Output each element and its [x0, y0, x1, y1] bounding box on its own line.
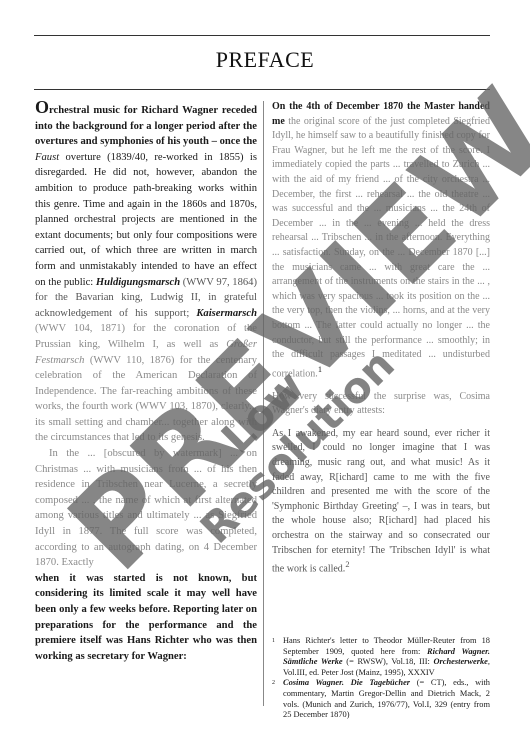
right-column: On the 4th of December 1870 the Master h…: [272, 100, 490, 577]
drop-cap: O: [35, 97, 49, 117]
paragraph-2: In the ... [obscured by watermark] ... o…: [35, 446, 257, 571]
paragraph-3: when it was started is not known, but co…: [35, 571, 257, 665]
footnote-2: 2 Cosima Wagner. Die Tagebücher (= CT), …: [272, 678, 490, 720]
top-rule: [34, 35, 490, 36]
paragraph-1: Orchestral music for Richard Wagner rece…: [35, 100, 257, 446]
quote-cosima: As I awakened, my ear heard sound, ever …: [272, 427, 490, 577]
footnotes: 1 Hans Richter's letter to Theodor Mülle…: [272, 636, 490, 721]
column-divider: [263, 101, 264, 706]
cosima-intro: How very successful the surprise was, Co…: [272, 390, 490, 419]
left-column: Orchestral music for Richard Wagner rece…: [35, 100, 257, 664]
page-title: PREFACE: [0, 47, 530, 73]
footnote-1: 1 Hans Richter's letter to Theodor Mülle…: [272, 636, 490, 678]
quote-richter: On the 4th of December 1870 the Master h…: [272, 100, 490, 382]
title-bottom-rule: [34, 89, 490, 90]
